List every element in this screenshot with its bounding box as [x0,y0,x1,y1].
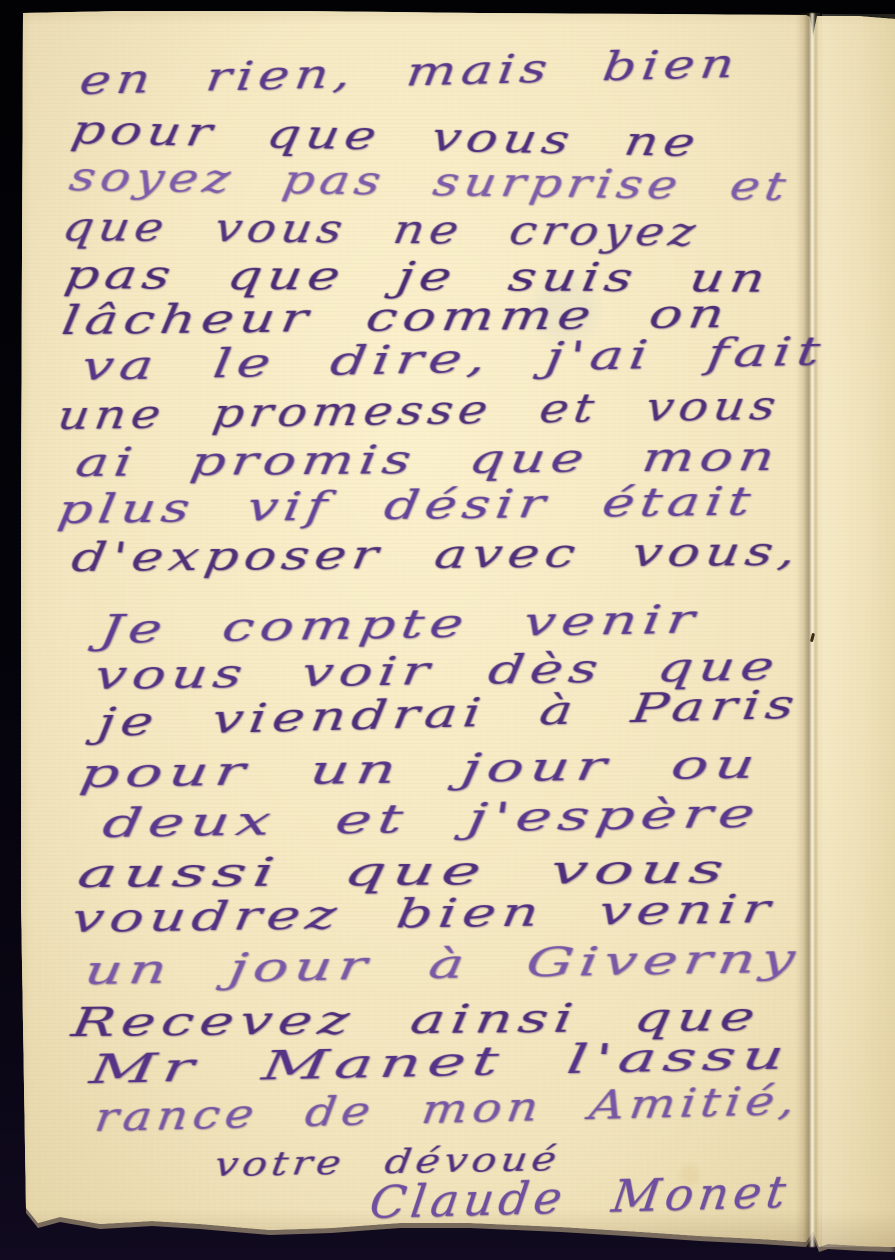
handwriting-layer: en rien, mais bienpour que vous nesoyez … [0,0,895,1260]
handwriting-line-8: une promesse et vous [55,383,784,439]
handwriting-line-1: en rien, mais bien [77,41,742,104]
handwriting-line-19: un jour à Giverny [82,935,804,994]
handwriting-line-11: d'exposer avec vous, [69,529,805,581]
scan-background: en rien, mais bienpour que vous nesoyez … [0,0,895,1260]
handwriting-line-12: Je compte venir [97,596,703,653]
handwriting-line-9: ai promis que mon [73,434,783,486]
handwriting-line-3: soyez pas surprise et [66,154,794,210]
handwriting-line-18: voudrez bien venir [69,886,779,942]
handwriting-line-15: pour un jour ou [77,741,764,797]
handwriting-line-4: que vous ne croyez [59,204,703,255]
signature: Claude Monet [367,1167,794,1229]
handwriting-line-16: deux et j'espère [100,791,764,847]
handwriting-line-10: plus vif désir était [55,478,759,533]
